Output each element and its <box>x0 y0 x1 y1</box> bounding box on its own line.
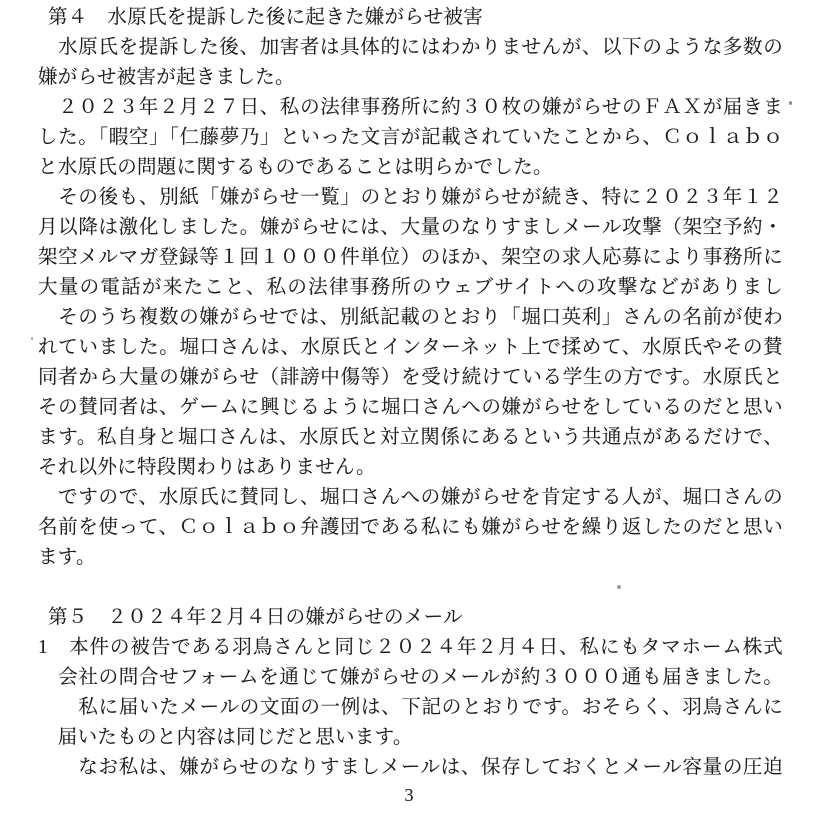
text-line: 名前を使って、Ｃｏｌａｂｏ弁護団である私にも嫌がらせを繰り返したのだと思い <box>38 513 783 543</box>
text-line: そのうち複数の嫌がらせでは、別紙記載のとおり「堀口英利」さんの名前が使わ <box>38 303 783 333</box>
text-line: した。「暇空」「仁藤夢乃」といった文言が記載されていたことから、Ｃｏｌａｂｏ <box>38 123 783 153</box>
text-line: ２０２３年２月２７日、私の法律事務所に約３０枚の嫌がらせのＦＡＸが届きま <box>38 93 783 123</box>
text-line: 届いたものと内容は同じだと思います。 <box>38 723 783 753</box>
scan-noise-speck <box>789 101 792 105</box>
text-line: その後も、別紙「嫌がらせ一覧」のとおり嫌がらせが続き、特に２０２３年１２ <box>38 183 783 213</box>
page-number: 3 <box>0 780 818 810</box>
text-line: と水原氏の問題に関するものであることは明らかでした。 <box>38 153 783 183</box>
text-line: 水原氏を提訴した後、加害者は具体的にはわかりませんが、以下のような多数の <box>38 33 783 63</box>
text-line: 同者から大量の嫌がらせ（誹謗中傷等）を受け続けている学生の方です。水原氏と <box>38 363 783 393</box>
text-line: その賛同者は、ゲームに興じるように堀口さんへの嫌がらせをしているのだと思い <box>38 393 783 423</box>
document-body: 第４ 水原氏を提訴した後に起きた嫌がらせ被害 水原氏を提訴した後、加害者は具体的… <box>38 3 783 783</box>
text-line: 架空メルマガ登録等１回１０００件単位）のほか、架空の求人応募により事務所に <box>38 243 783 273</box>
text-line: それ以外に特段関わりはありません。 <box>38 453 783 483</box>
text-line: 大量の電話が来たこと、私の法律事務所のウェブサイトへの攻撃などがありました。 <box>38 273 783 303</box>
text-line <box>38 573 783 603</box>
text-line: 1 本件の被告である羽鳥さんと同じ２０２４年２月４日、私にもタマホーム株式 <box>38 633 783 663</box>
text-line: 嫌がらせ被害が起きました。 <box>38 63 783 93</box>
text-line: ます。 <box>38 543 783 573</box>
scan-noise-speck <box>31 337 33 340</box>
scan-noise-speck <box>617 585 621 589</box>
text-line: 月以降は激化しました。嫌がらせには、大量のなりすましメール攻撃（架空予約・ <box>38 213 783 243</box>
text-line: 会社の問合せフォームを通じて嫌がらせのメールが約３０００通も届きました。 <box>38 663 783 693</box>
scanned-document-page: 第４ 水原氏を提訴した後に起きた嫌がらせ被害 水原氏を提訴した後、加害者は具体的… <box>0 0 818 818</box>
text-line: ですので、水原氏に賛同し、堀口さんへの嫌がらせを肯定する人が、堀口さんの <box>38 483 783 513</box>
text-line: ます。私自身と堀口さんは、水原氏と対立関係にあるという共通点があるだけで、 <box>38 423 783 453</box>
section-heading-line: 第４ 水原氏を提訴した後に起きた嫌がらせ被害 <box>38 3 783 33</box>
text-line: 私に届いたメールの文面の一例は、下記のとおりです。おそらく、羽鳥さんに <box>38 693 783 723</box>
text-line: れていました。堀口さんは、水原氏とインターネット上で揉めて、水原氏やその賛 <box>38 333 783 363</box>
section-heading-line: 第５ ２０２４年２月４日の嫌がらせのメール <box>38 603 783 633</box>
text-line: なお私は、嫌がらせのなりすましメールは、保存しておくとメール容量の圧迫 <box>38 753 783 783</box>
